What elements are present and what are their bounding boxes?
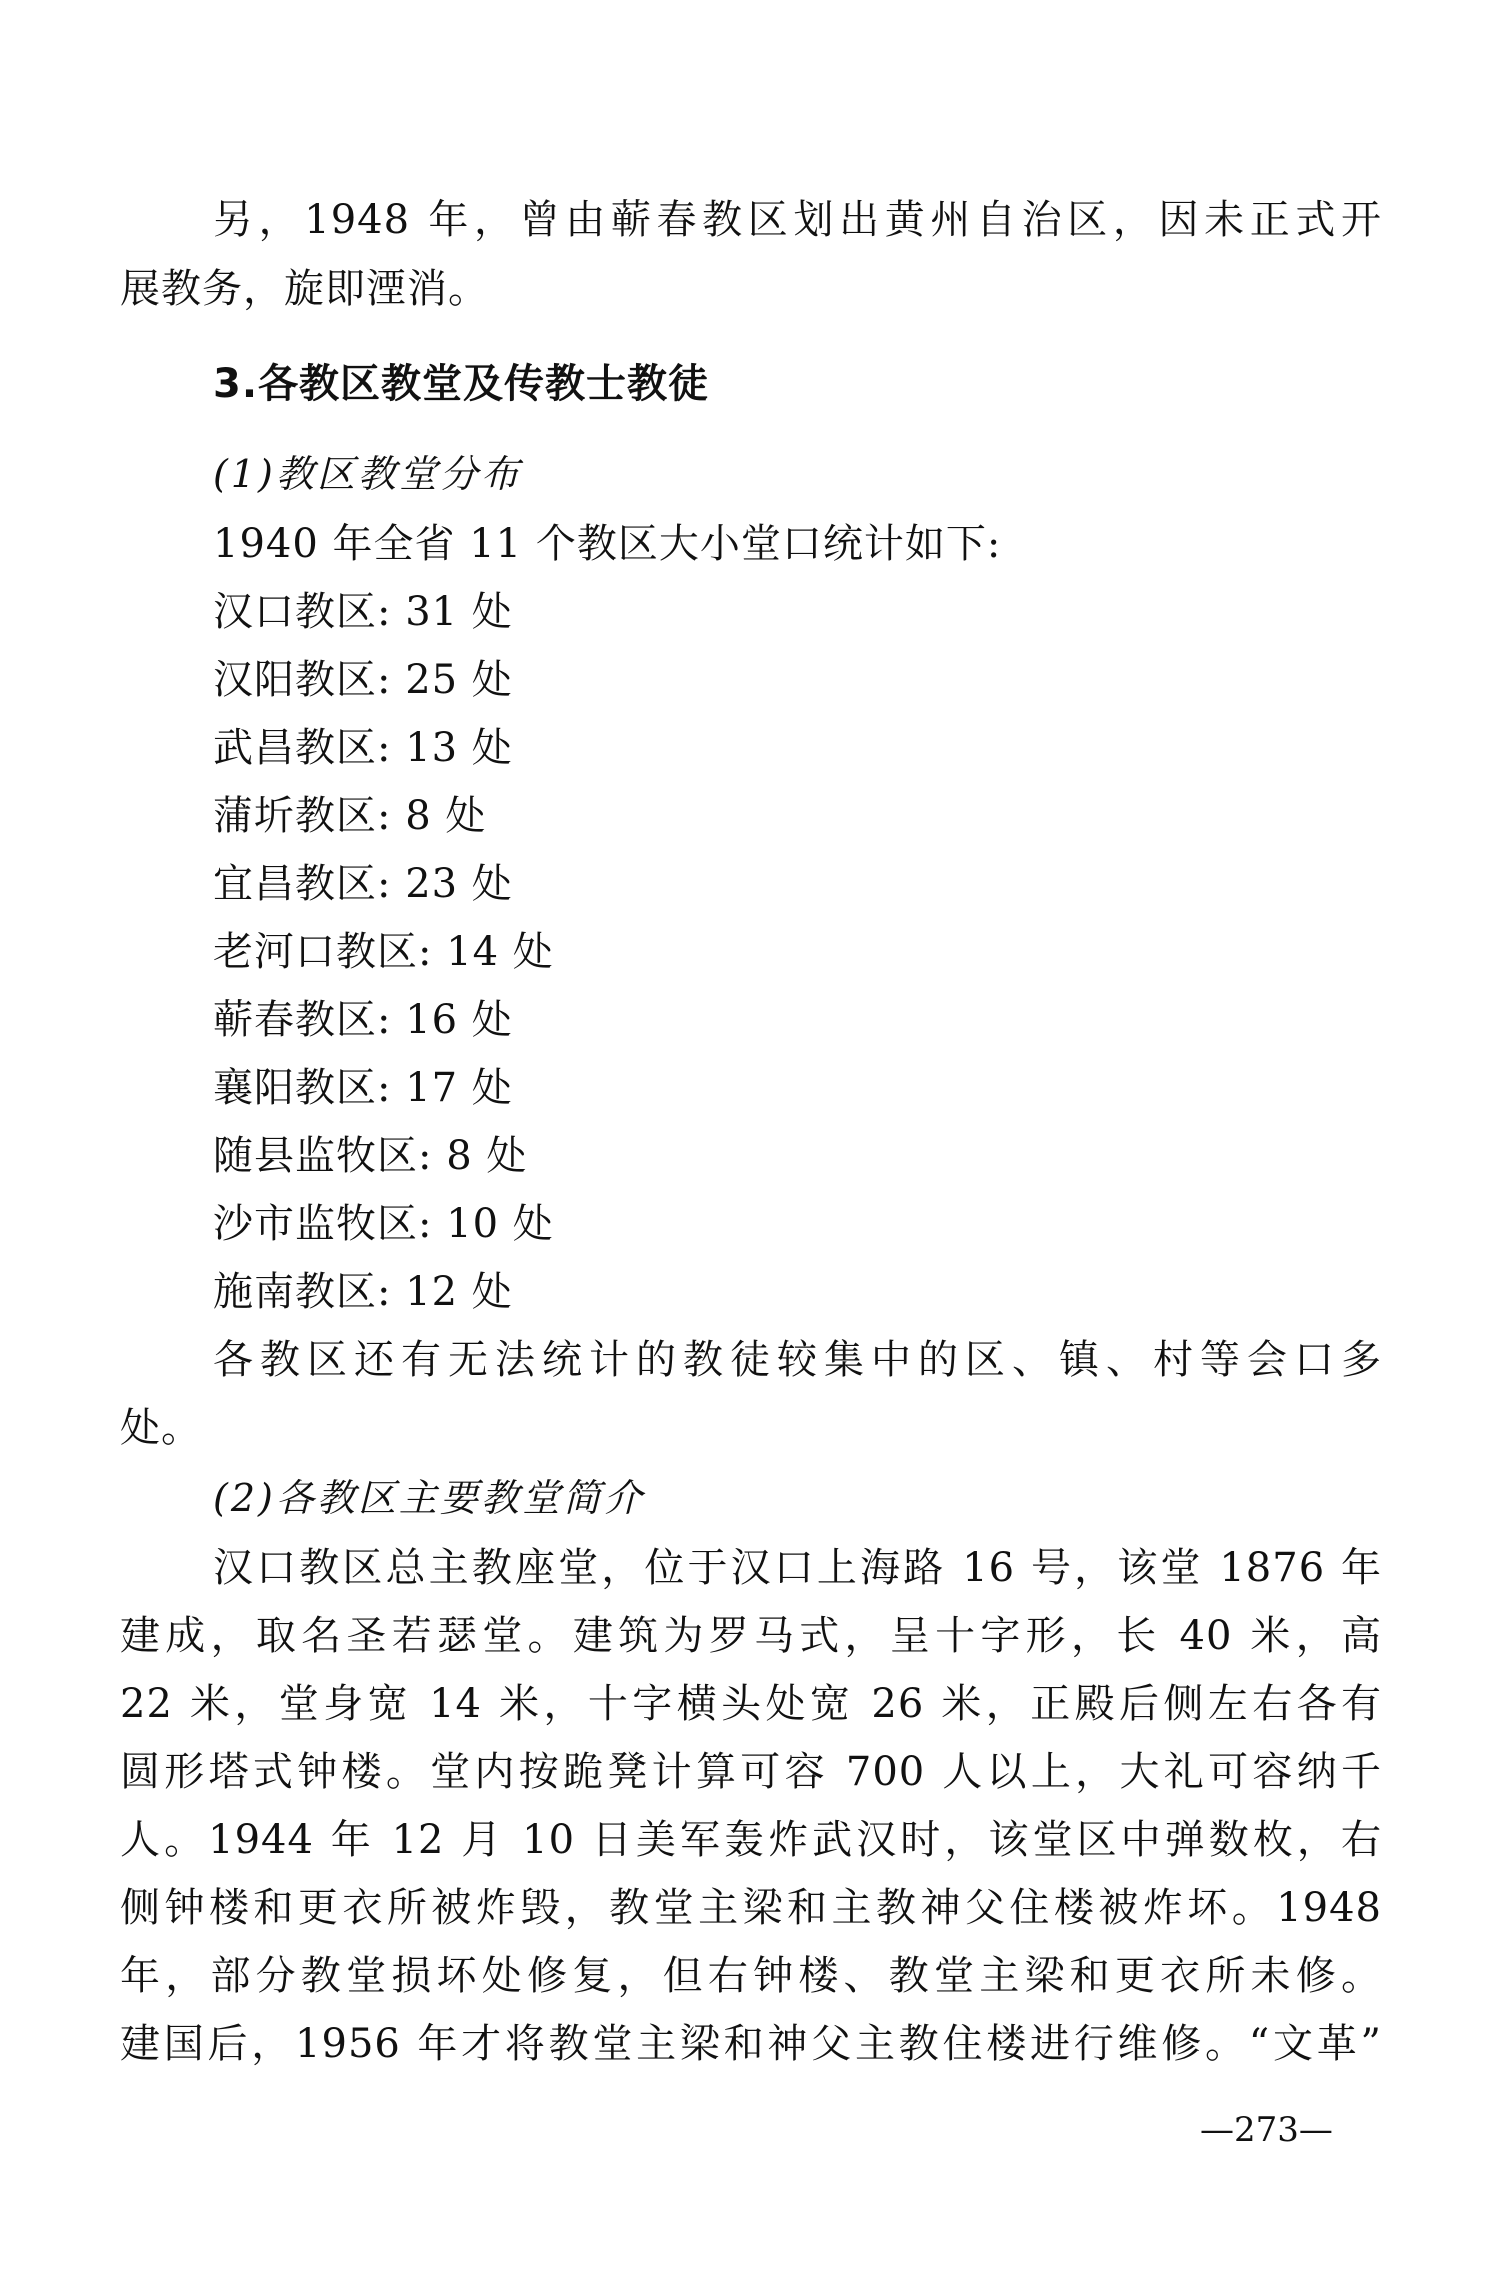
body-line: 建国后，1956 年才将教堂主梁和神父主教住楼进行维修。“文革” — [120, 2020, 1382, 2068]
note-line: 各教区还有无法统计的教徒较集中的区、镇、村等会口多 — [213, 1336, 1382, 1384]
list-item: 蒲圻教区: 8 处 — [213, 792, 1382, 840]
list-item: 襄阳教区: 17 处 — [213, 1064, 1382, 1112]
section-heading: 3.各教区教堂及传教士教徒 — [213, 360, 1382, 408]
body-line: 圆形塔式钟楼。堂内按跪凳计算可容 700 人以上，大礼可容纳千 — [120, 1748, 1382, 1796]
list-item: 宜昌教区: 23 处 — [213, 860, 1382, 908]
paragraph-line: 展教务，旋即湮消。 — [120, 265, 1382, 313]
body-line: 年，部分教堂损坏处修复，但右钟楼、教堂主梁和更衣所未修。 — [120, 1952, 1382, 2000]
note-line: 处。 — [120, 1404, 1382, 1452]
body-line: 建成，取名圣若瑟堂。建筑为罗马式，呈十字形，长 40 米，高 — [120, 1612, 1382, 1660]
body-line: 22 米，堂身宽 14 米，十字横头处宽 26 米，正殿后侧左右各有 — [120, 1680, 1382, 1728]
subsection-title: (2)各教区主要教堂简介 — [213, 1474, 1382, 1522]
list-item: 汉口教区: 31 处 — [213, 588, 1382, 636]
body-line: 汉口教区总主教座堂，位于汉口上海路 16 号，该堂 1876 年 — [213, 1544, 1382, 1592]
list-item: 施南教区: 12 处 — [213, 1268, 1382, 1316]
list-item: 老河口教区: 14 处 — [213, 928, 1382, 976]
list-item: 蕲春教区: 16 处 — [213, 996, 1382, 1044]
list-item: 武昌教区: 13 处 — [213, 724, 1382, 772]
list-item: 随县监牧区: 8 处 — [213, 1132, 1382, 1180]
intro-text: 1940 年全省 11 个教区大小堂口统计如下: — [213, 520, 1382, 568]
body-line: 人。1944 年 12 月 10 日美军轰炸武汉时，该堂区中弹数枚，右 — [120, 1816, 1382, 1864]
subsection-title: (1)教区教堂分布 — [213, 450, 1382, 498]
paragraph-line: 另，1948 年，曾由蕲春教区划出黄州自治区，因未正式开 — [213, 196, 1382, 244]
list-item: 汉阳教区: 25 处 — [213, 656, 1382, 704]
list-item: 沙市监牧区: 10 处 — [213, 1200, 1382, 1248]
body-line: 侧钟楼和更衣所被炸毁，教堂主梁和主教神父住楼被炸坏。1948 — [120, 1884, 1382, 1932]
page-number: —273— — [1200, 2110, 1333, 2150]
